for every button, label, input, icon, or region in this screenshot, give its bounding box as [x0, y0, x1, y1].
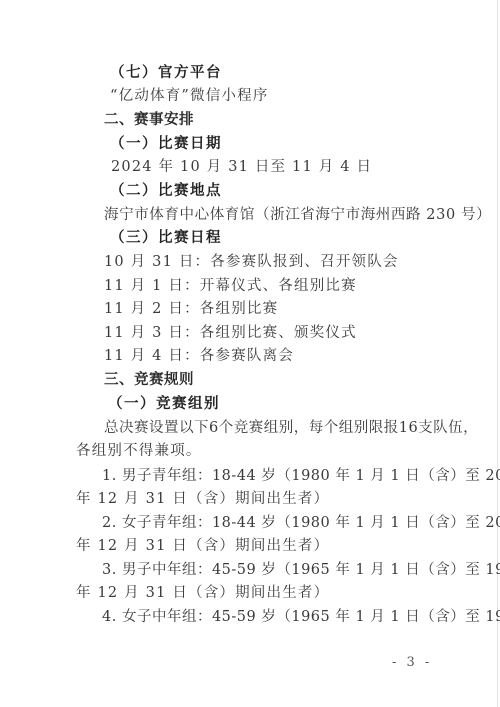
section-heading-venue: （二）比赛地点: [110, 181, 222, 201]
schedule-item-nov2: 11 月 2 日：各组别比赛: [104, 299, 278, 319]
category-item-2-cont: 年 12 月 31 日（含）期间出生者）: [76, 536, 329, 556]
page-number: - 3 -: [392, 655, 432, 670]
category-item-1: 1. 男子青年组：18-44 岁（1980 年 1 月 1 日（含）至 2006: [102, 466, 500, 486]
category-item-4: 4. 女子中年组：45-59 岁（1965 年 1 月 1 日（含）至 1979: [102, 607, 500, 627]
schedule-item-nov4: 11 月 4 日：各参赛队离会: [104, 346, 294, 366]
schedule-item-nov1: 11 月 1 日：开幕仪式、各组别比赛: [104, 276, 357, 296]
section-heading-match-schedule: （三）比赛日程: [110, 228, 222, 248]
schedule-item-oct31: 10 月 31 日：各参赛队报到、召开领队会: [104, 252, 399, 272]
paragraph-categories-intro: 总决赛设置以下6个竞赛组别，每个组别限报16支队伍，: [104, 418, 478, 438]
paragraph-venue: 海宁市体育中心体育馆（浙江省海宁市海州西路 230 号）: [104, 205, 491, 225]
section-heading-match-date: （一）比赛日期: [110, 134, 222, 154]
category-item-3: 3. 男子中年组：45-59 岁（1965 年 1 月 1 日（含）至 1979: [102, 560, 500, 580]
paragraph-match-date: 2024 年 10 月 31 日至 11 月 4 日: [111, 157, 372, 177]
paragraph-categories-intro-cont: 各组别不得兼项。: [76, 441, 202, 461]
section-heading-categories: （一）竞赛组别: [108, 394, 220, 414]
section-heading-official-platform: （七）官方平台: [110, 63, 222, 83]
category-item-2: 2. 女子青年组：18-44 岁（1980 年 1 月 1 日（含）至 2006: [102, 513, 500, 533]
schedule-item-nov3: 11 月 3 日：各组别比赛、颁奖仪式: [104, 323, 357, 343]
chapter-heading-schedule: 二、赛事安排: [104, 110, 194, 130]
paragraph-platform-name: “亿动体育”微信小程序: [110, 86, 269, 106]
category-item-1-cont: 年 12 月 31 日（含）期间出生者）: [76, 489, 329, 509]
category-item-3-cont: 年 12 月 31 日（含）期间出生者）: [76, 583, 329, 603]
page-edge-divider: [497, 0, 498, 707]
chapter-heading-rules: 三、竞赛规则: [104, 370, 194, 390]
